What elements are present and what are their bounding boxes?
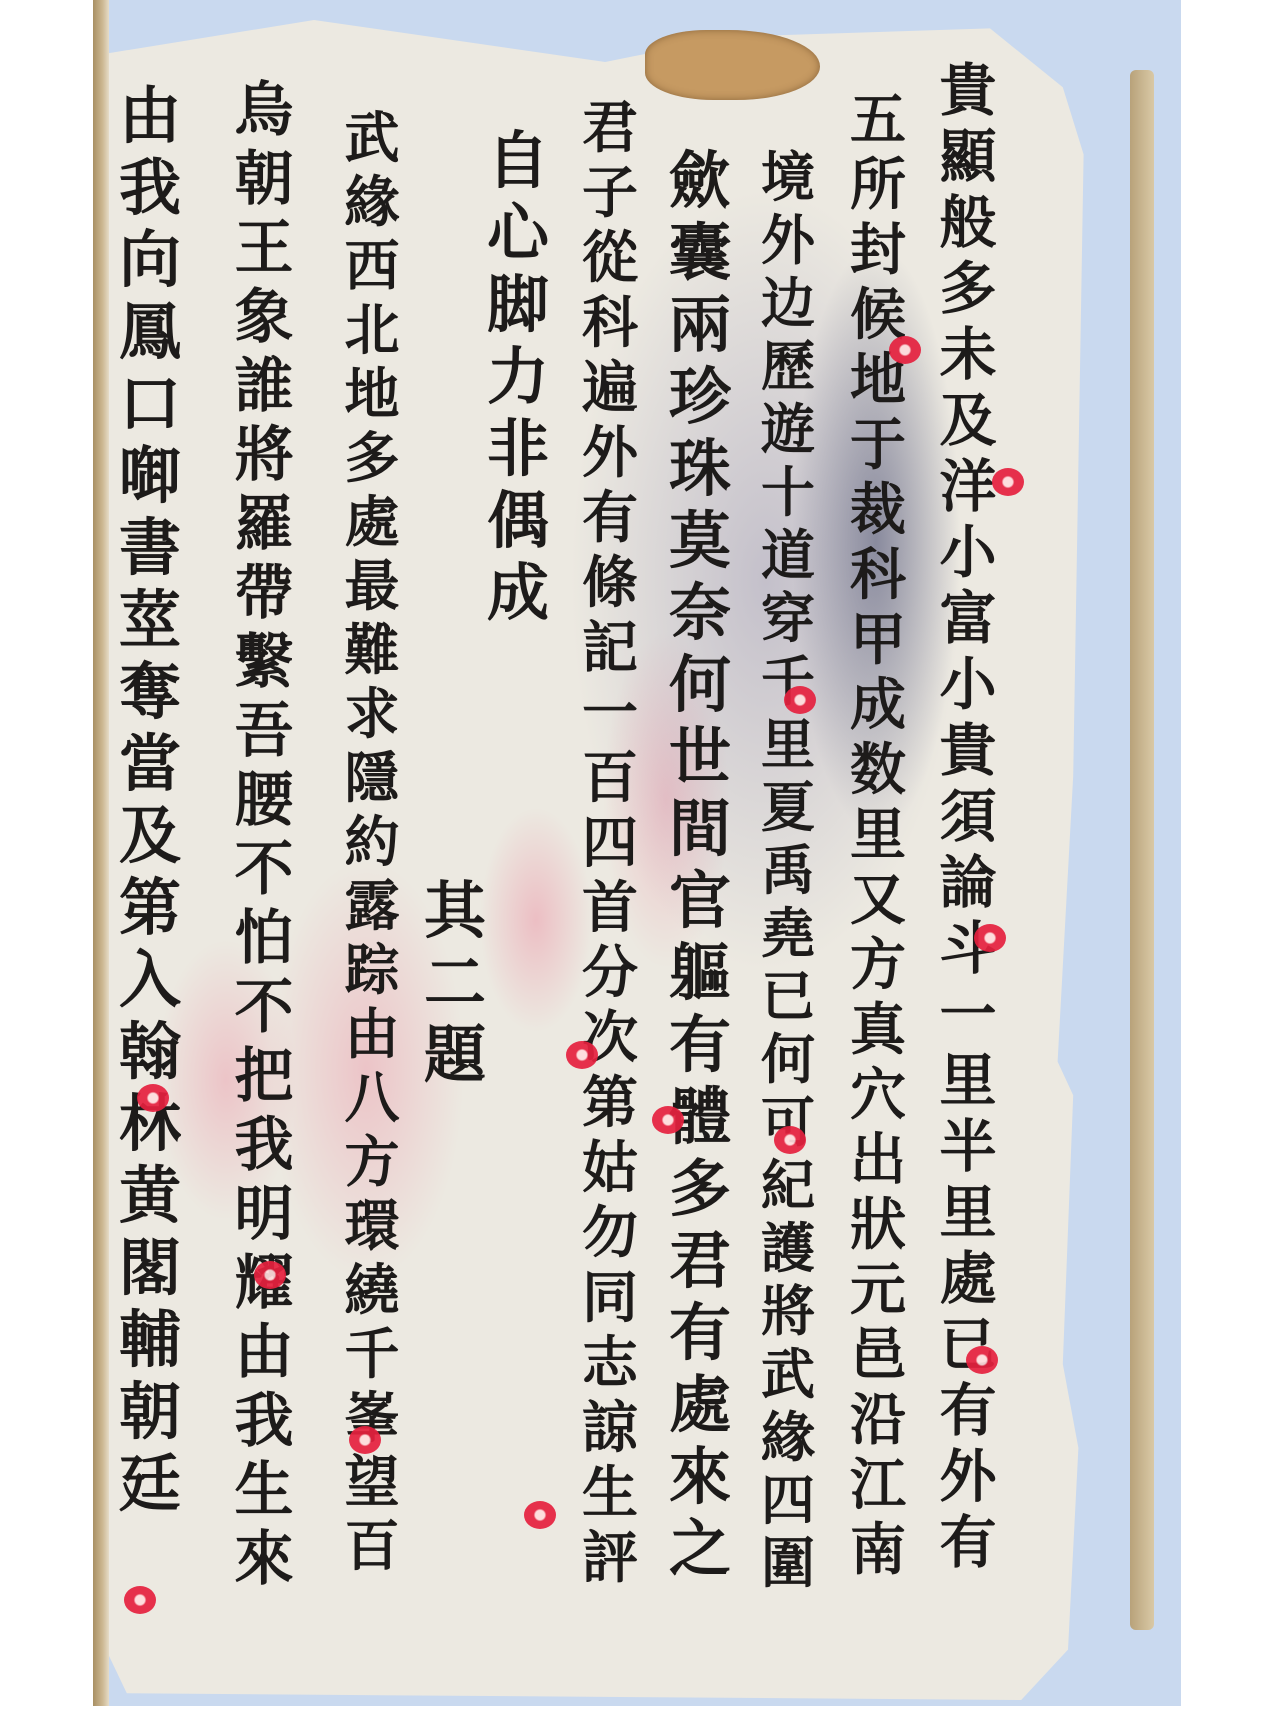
character: 我 [221,1115,307,1184]
text-column-7: 其二題 [412,880,498,1096]
character: 君 [657,1230,743,1302]
character: 四 [567,815,653,880]
character: 求 [329,686,415,750]
character: 腰 [221,770,307,839]
character: 隱 [329,750,415,814]
character: 有 [925,1382,1011,1448]
character: 吾 [221,701,307,770]
character: 將 [221,425,307,494]
character: 珠 [657,438,743,510]
character: 羅 [221,494,307,563]
character: 江 [835,1457,921,1522]
character: 多 [657,1158,743,1230]
character: 里 [835,807,921,872]
character: 成 [835,677,921,742]
character: 顯 [925,128,1011,194]
character: 富 [925,590,1011,656]
character: 由 [221,1322,307,1391]
character: 環 [329,1198,415,1262]
character: 第 [107,877,193,949]
red-seal-mark [137,1084,169,1112]
character: 軀 [657,942,743,1014]
character: 帶 [221,563,307,632]
character: 我 [221,1391,307,1460]
character: 道 [745,528,831,591]
character: 北 [329,302,415,366]
character: 非 [475,418,561,490]
character: 多 [925,260,1011,326]
character: 最 [329,558,415,622]
character: 誰 [221,356,307,425]
character: 南 [835,1522,921,1587]
character: 繞 [329,1262,415,1326]
red-seal-mark [889,336,921,364]
character: 狀 [835,1197,921,1262]
character: 王 [221,218,307,287]
character: 里 [745,717,831,780]
character: 烏 [221,80,307,149]
character: 由 [107,85,193,157]
character: 里 [925,1184,1011,1250]
character: 四 [745,1473,831,1536]
character: 來 [221,1529,307,1598]
character: 同 [567,1270,653,1335]
page-edge [1130,70,1154,1630]
character: 處 [925,1250,1011,1316]
character: 有 [925,1514,1011,1580]
character: 奈 [657,582,743,654]
character: 條 [567,555,653,620]
character: 諒 [567,1400,653,1465]
character: 及 [107,805,193,877]
character: 難 [329,622,415,686]
red-seal-mark [974,924,1006,952]
character: 其 [412,880,498,952]
character: 一 [567,685,653,750]
character: 不 [221,977,307,1046]
character: 遍 [567,360,653,425]
character: 首 [567,880,653,945]
red-seal-mark [566,1041,598,1069]
red-seal-mark [652,1106,684,1134]
character: 所 [835,157,921,222]
text-column-2: 五所封候地于裁科甲成数里又方真穴出狀元邑沿江南 [835,92,921,1587]
character: 五 [835,92,921,157]
character: 方 [835,937,921,1002]
character: 沿 [835,1392,921,1457]
character: 出 [835,1132,921,1197]
character: 脚 [475,274,561,346]
character: 圍 [745,1536,831,1599]
character: 緣 [745,1410,831,1473]
character: 官 [657,870,743,942]
character: 般 [925,194,1011,260]
text-column-10: 由我向鳳口啣書莖奪當及第入翰林黄閣輔朝廷 [107,85,193,1525]
character: 外 [925,1448,1011,1514]
character: 朝 [107,1381,193,1453]
character: 約 [329,814,415,878]
character: 評 [567,1530,653,1595]
character: 何 [657,654,743,726]
character: 有 [657,1014,743,1086]
character: 何 [745,1032,831,1095]
red-seal-mark [774,1126,806,1154]
character: 廷 [107,1453,193,1525]
character: 黄 [107,1165,193,1237]
character: 當 [107,733,193,805]
character: 由 [329,1006,415,1070]
character: 十 [745,465,831,528]
character: 踪 [329,942,415,1006]
character: 已 [745,969,831,1032]
character: 一 [925,986,1011,1052]
character: 護 [745,1221,831,1284]
character: 科 [835,547,921,612]
text-column-5: 君子從科遍外有條記一百四首分次第姑勿同志諒生評 [567,100,653,1595]
character: 珍 [657,366,743,438]
character: 于 [835,417,921,482]
red-seal-mark [349,1426,381,1454]
character: 間 [657,798,743,870]
character: 半 [925,1118,1011,1184]
character: 莖 [107,589,193,661]
character: 里 [925,1052,1011,1118]
character: 小 [925,524,1011,590]
character: 成 [475,562,561,634]
character: 處 [329,494,415,558]
red-seal-mark [966,1346,998,1374]
character: 夏 [745,780,831,843]
red-seal-mark [254,1261,286,1289]
character: 小 [925,656,1011,722]
character: 將 [745,1284,831,1347]
character: 朝 [221,149,307,218]
character: 封 [835,222,921,287]
character: 勿 [567,1205,653,1270]
character: 緣 [329,174,415,238]
character: 望 [329,1454,415,1518]
character: 分 [567,945,653,1010]
character: 力 [475,346,561,418]
character: 百 [567,750,653,815]
character: 多 [329,430,415,494]
character: 入 [107,949,193,1021]
character: 生 [221,1460,307,1529]
character: 百 [329,1518,415,1582]
character: 翰 [107,1021,193,1093]
text-column-9: 烏朝王象誰將羅帶繫吾腰不怕不把我明耀由我生來 [221,80,307,1598]
character: 武 [745,1347,831,1410]
character: 記 [567,620,653,685]
character: 穴 [835,1067,921,1132]
red-seal-mark [124,1586,156,1614]
character: 向 [107,229,193,301]
character: 心 [475,202,561,274]
character: 境 [745,150,831,213]
character: 口 [107,373,193,445]
character: 有 [567,490,653,555]
character: 有 [657,1302,743,1374]
character: 二 [412,952,498,1024]
character: 把 [221,1046,307,1115]
character: 禹 [745,843,831,906]
character: 明 [221,1184,307,1253]
character: 西 [329,238,415,302]
character: 啣 [107,445,193,517]
character: 鳳 [107,301,193,373]
character: 貴 [925,62,1011,128]
character: 八 [329,1070,415,1134]
character: 裁 [835,482,921,547]
character: 奪 [107,661,193,733]
character: 又 [835,872,921,937]
character: 千 [329,1326,415,1390]
character: 莫 [657,510,743,582]
character: 題 [412,1024,498,1096]
character: 紀 [745,1158,831,1221]
character: 囊 [657,222,743,294]
character: 不 [221,839,307,908]
character: 元 [835,1262,921,1327]
character: 真 [835,1002,921,1067]
character: 繫 [221,632,307,701]
character: 怕 [221,908,307,977]
character: 從 [567,230,653,295]
text-column-3: 境外边歷遊十道穿千里夏禹堯已何可紀護將武緣四圍 [745,150,831,1599]
torn-patch [645,30,820,100]
character: 外 [567,425,653,490]
character: 地 [329,366,415,430]
red-seal-mark [784,686,816,714]
character: 子 [567,165,653,230]
character: 君 [567,100,653,165]
text-column-8: 武緣西北地多處最難求隱約露踪由八方環繞千峯望百 [329,110,415,1582]
character: 歷 [745,339,831,402]
character: 方 [329,1134,415,1198]
red-seal-mark [992,468,1024,496]
character: 兩 [657,294,743,366]
character: 我 [107,157,193,229]
character: 須 [925,788,1011,854]
character: 科 [567,295,653,360]
character: 處 [657,1374,743,1446]
character: 自 [475,130,561,202]
red-seal-mark [524,1501,556,1529]
text-column-6: 自心脚力非偶成 [475,130,561,634]
character: 偶 [475,490,561,562]
character: 貴 [925,722,1011,788]
character: 輔 [107,1309,193,1381]
character: 論 [925,854,1011,920]
character: 外 [745,213,831,276]
character: 象 [221,287,307,356]
character: 堯 [745,906,831,969]
character: 歛 [657,150,743,222]
character: 及 [925,392,1011,458]
character: 露 [329,878,415,942]
character: 边 [745,276,831,339]
character: 閣 [107,1237,193,1309]
character: 世 [657,726,743,798]
character: 未 [925,326,1011,392]
text-column-4: 歛囊兩珍珠莫奈何世間官軀有體多君有處來之 [657,150,743,1590]
character: 志 [567,1335,653,1400]
character: 之 [657,1518,743,1590]
character: 第 [567,1075,653,1140]
character: 遊 [745,402,831,465]
character: 武 [329,110,415,174]
character: 甲 [835,612,921,677]
character: 姑 [567,1140,653,1205]
character: 生 [567,1465,653,1530]
character: 数 [835,742,921,807]
character: 邑 [835,1327,921,1392]
character: 來 [657,1446,743,1518]
character: 已 [925,1316,1011,1382]
character: 書 [107,517,193,589]
character: 穿 [745,591,831,654]
